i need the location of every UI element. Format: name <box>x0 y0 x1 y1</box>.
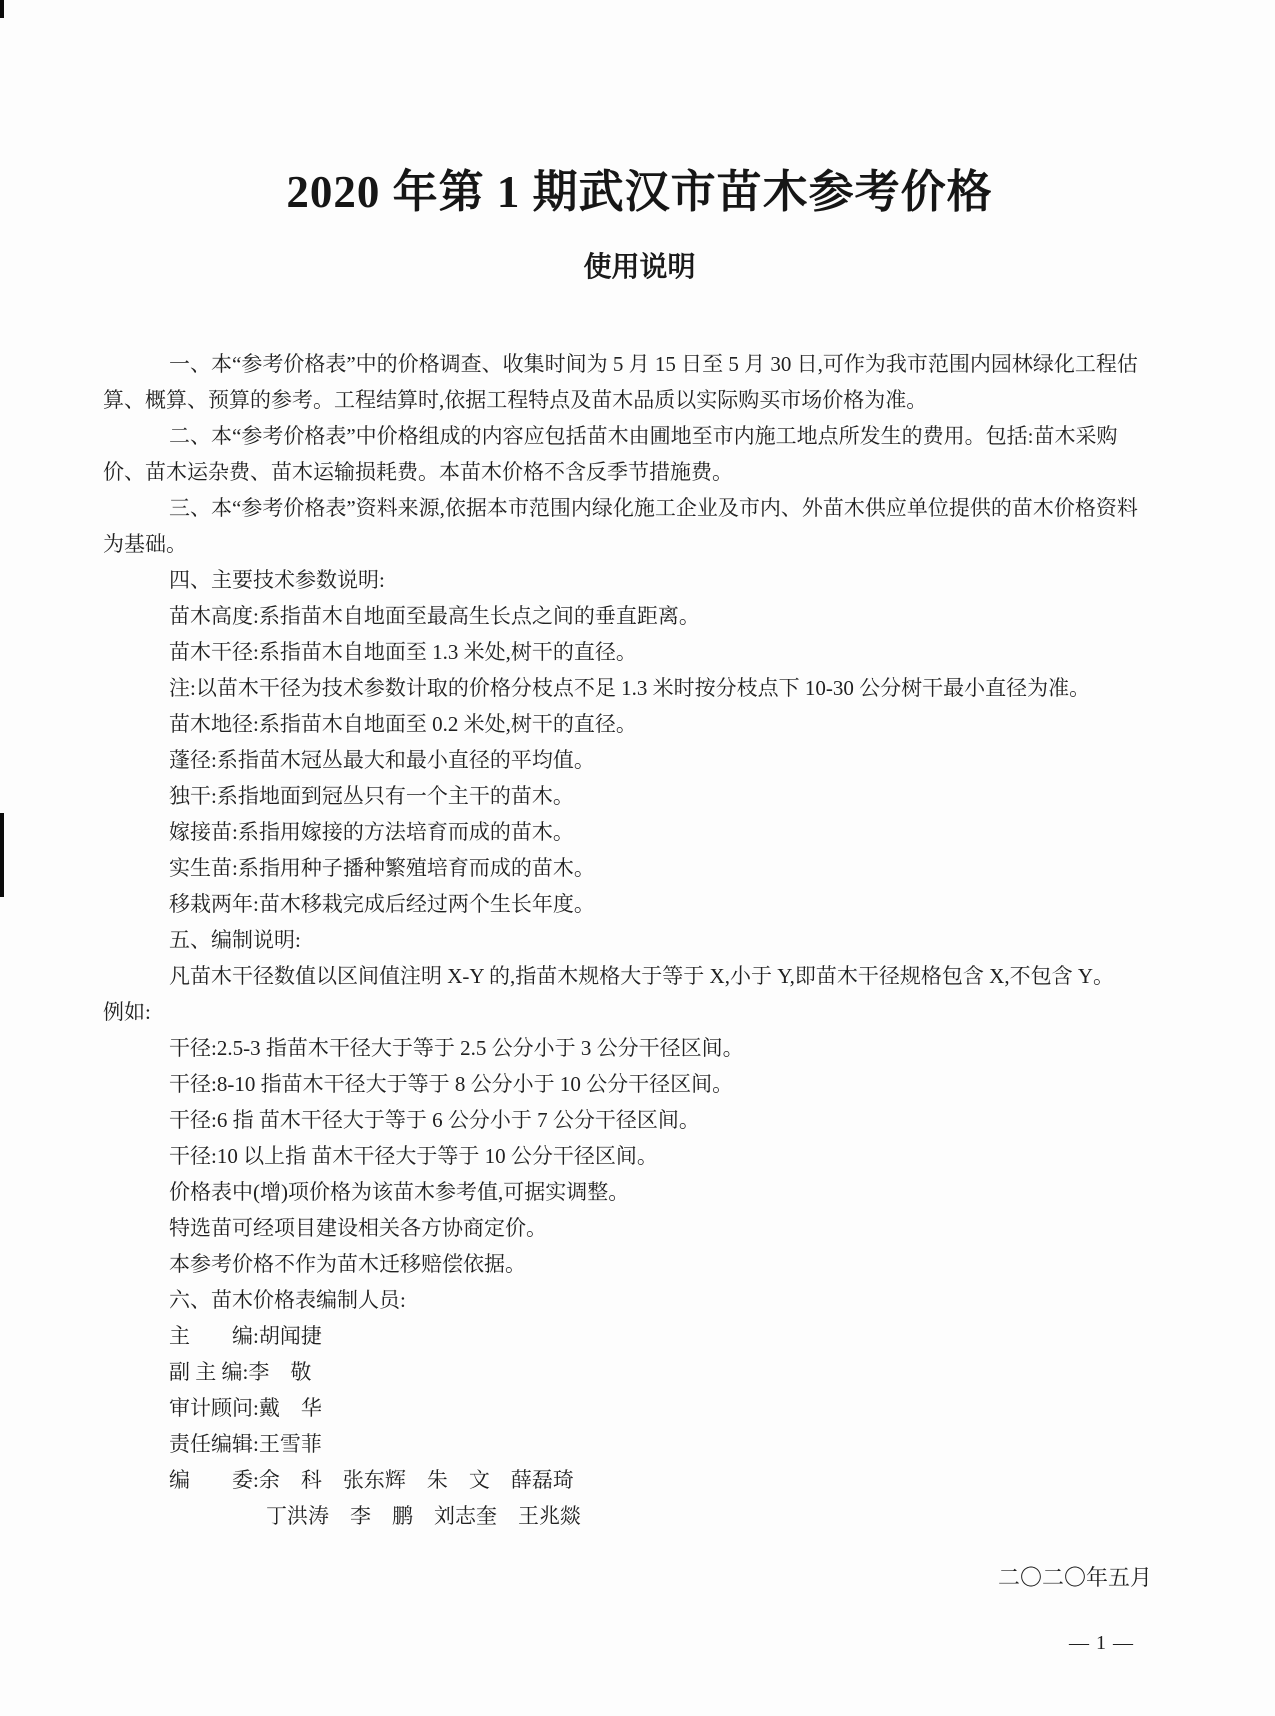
text-line: 二、本“参考价格表”中价格组成的内容应包括苗木由圃地至市内施工地点所发生的费用。… <box>103 418 1185 454</box>
document-body: 一、本“参考价格表”中的价格调查、收集时间为 5 月 15 日至 5 月 30 … <box>103 346 1185 1534</box>
document-page: 2020 年第 1 期武汉市苗木参考价格 使用说明 一、本“参考价格表”中的价格… <box>0 0 1275 1716</box>
document-title: 2020 年第 1 期武汉市苗木参考价格 <box>99 163 1180 221</box>
text-line: 特选苗可经项目建设相关各方协商定价。 <box>103 1210 1185 1246</box>
text-line: 凡苗木干径数值以区间值注明 X-Y 的,指苗木规格大于等于 X,小于 Y,即苗木… <box>103 958 1185 994</box>
text-line: 干径:8-10 指苗木干径大于等于 8 公分小于 10 公分干径区间。 <box>103 1066 1185 1102</box>
text-line: 三、本“参考价格表”资料来源,依据本市范围内绿化施工企业及市内、外苗木供应单位提… <box>103 490 1185 526</box>
text-line: 副 主 编:李 敬 <box>103 1354 1185 1390</box>
text-line: 干径:6 指 苗木干径大于等于 6 公分小于 7 公分干径区间。 <box>103 1102 1185 1138</box>
text-line: 嫁接苗:系指用嫁接的方法培育而成的苗木。 <box>103 814 1185 850</box>
text-line: 四、主要技术参数说明: <box>103 562 1185 598</box>
text-line: 五、编制说明: <box>103 922 1185 958</box>
text-line: 丁洪涛 李 鹏 刘志奎 王兆燚 <box>103 1498 1185 1534</box>
text-line: 干径:10 以上指 苗木干径大于等于 10 公分干径区间。 <box>103 1138 1185 1174</box>
footer-date: 二〇二〇年五月 <box>998 1564 1152 1592</box>
text-line: 苗木地径:系指苗木自地面至 0.2 米处,树干的直径。 <box>103 706 1185 742</box>
text-line: 审计顾问:戴 华 <box>103 1390 1185 1426</box>
scan-artifact-left-edge <box>0 813 4 897</box>
text-line: 编 委:余 科 张东辉 朱 文 薛磊琦 <box>103 1462 1185 1498</box>
text-line: 注:以苗木干径为技术参数计取的价格分枝点不足 1.3 米时按分枝点下 10-30… <box>103 670 1185 706</box>
text-line: 算、概算、预算的参考。工程结算时,依据工程特点及苗木品质以实际购买市场价格为准。 <box>103 382 1185 418</box>
text-line: 为基础。 <box>103 526 1185 562</box>
text-line: 责任编辑:王雪菲 <box>103 1426 1185 1462</box>
text-line: 例如: <box>103 994 1185 1030</box>
text-line: 六、苗木价格表编制人员: <box>103 1282 1185 1318</box>
section-heading-usage-notes: 使用说明 <box>99 249 1180 287</box>
text-line: 一、本“参考价格表”中的价格调查、收集时间为 5 月 15 日至 5 月 30 … <box>103 346 1185 382</box>
text-line: 苗木高度:系指苗木自地面至最高生长点之间的垂直距离。 <box>103 598 1185 634</box>
text-line: 主 编:胡闻捷 <box>103 1318 1185 1354</box>
scan-artifact-corner <box>0 0 4 18</box>
text-line: 独干:系指地面到冠丛只有一个主干的苗木。 <box>103 778 1185 814</box>
text-line: 蓬径:系指苗木冠丛最大和最小直径的平均值。 <box>103 742 1185 778</box>
page-number: — 1 — <box>1069 1630 1134 1656</box>
text-line: 苗木干径:系指苗木自地面至 1.3 米处,树干的直径。 <box>103 634 1185 670</box>
text-line: 移栽两年:苗木移栽完成后经过两个生长年度。 <box>103 886 1185 922</box>
text-line: 干径:2.5-3 指苗木干径大于等于 2.5 公分小于 3 公分干径区间。 <box>103 1030 1185 1066</box>
text-line: 本参考价格不作为苗木迁移赔偿依据。 <box>103 1246 1185 1282</box>
text-line: 实生苗:系指用种子播种繁殖培育而成的苗木。 <box>103 850 1185 886</box>
text-line: 价格表中(增)项价格为该苗木参考值,可据实调整。 <box>103 1174 1185 1210</box>
text-line: 价、苗木运杂费、苗木运输损耗费。本苗木价格不含反季节措施费。 <box>103 454 1185 490</box>
